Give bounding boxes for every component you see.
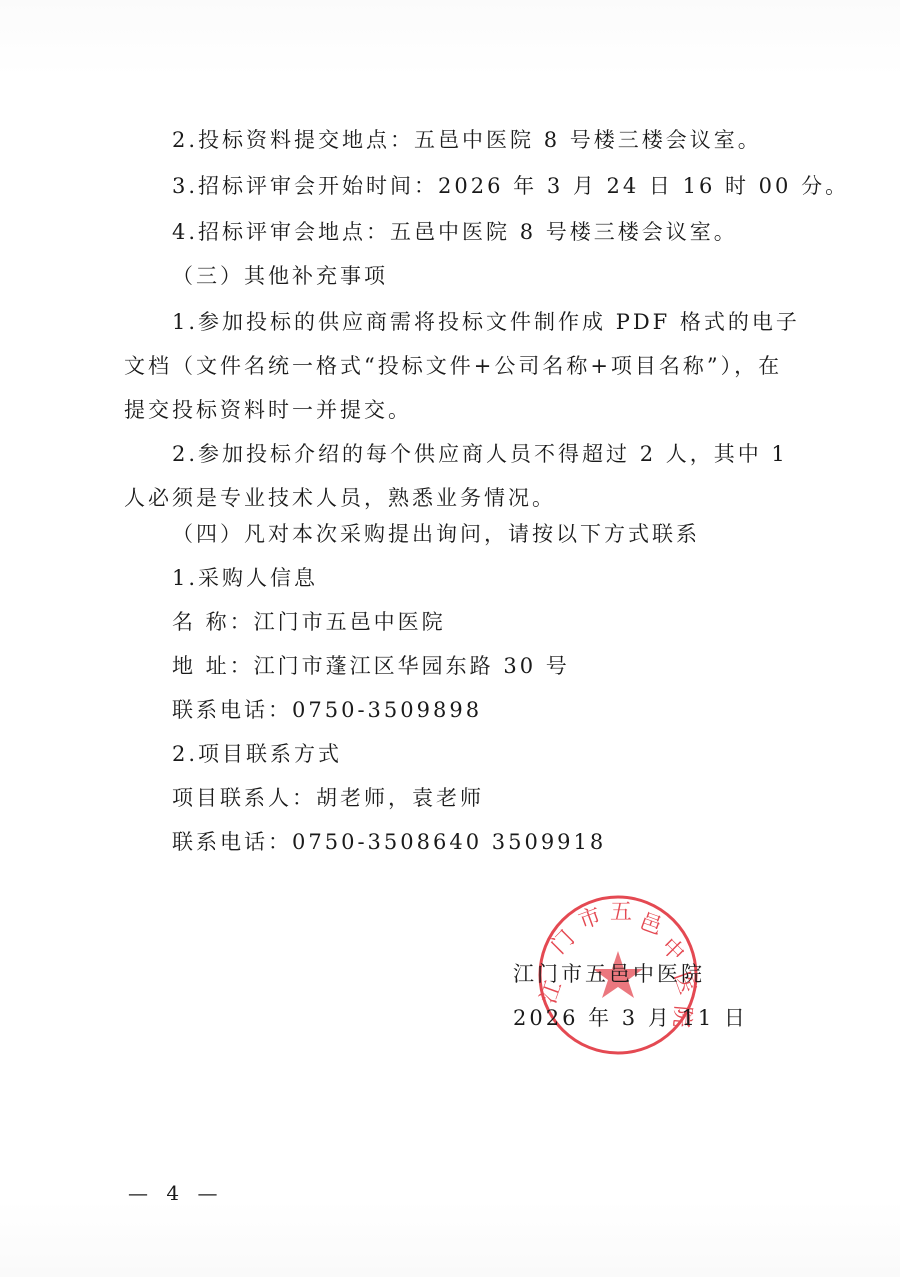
review-meeting-start-time: 3.招标评审会开始时间：2026 年 3 月 24 日 16 时 00 分。 bbox=[172, 172, 849, 200]
svg-text:五: 五 bbox=[610, 900, 632, 925]
project-contact-heading: 2.项目联系方式 bbox=[172, 740, 342, 768]
bid-submission-location: 2.投标资料提交地点：五邑中医院 8 号楼三楼会议室。 bbox=[172, 126, 762, 154]
purchaser-info-heading: 1.采购人信息 bbox=[172, 564, 318, 592]
svg-text:门: 门 bbox=[547, 926, 580, 959]
paragraph-pdf-requirement-line-3: 提交投标资料时一并提交。 bbox=[124, 396, 412, 424]
paragraph-pdf-requirement-line-1: 1.参加投标的供应商需将投标文件制作成 PDF 格式的电子 bbox=[172, 308, 800, 336]
page-number: — 4 — bbox=[128, 1180, 223, 1206]
purchaser-phone: 联系电话：0750-3509898 bbox=[172, 696, 482, 724]
document-page: 2.投标资料提交地点：五邑中医院 8 号楼三楼会议室。 3.招标评审会开始时间：… bbox=[0, 0, 900, 1277]
paragraph-personnel-limit-line-2: 人必须是专业技术人员，熟悉业务情况。 bbox=[124, 484, 556, 512]
review-meeting-location: 4.招标评审会地点：五邑中医院 8 号楼三楼会议室。 bbox=[172, 218, 738, 246]
purchaser-address: 地 址：江门市蓬江区华园东路 30 号 bbox=[172, 652, 570, 680]
signature-date: 2026 年 3 月 11 日 bbox=[513, 1004, 748, 1032]
project-contact-persons: 项目联系人：胡老师，袁老师 bbox=[172, 784, 484, 812]
signature-organization: 江门市五邑中医院 bbox=[513, 960, 705, 988]
section-heading-other-matters: （三）其他补充事项 bbox=[172, 262, 388, 290]
purchaser-name: 名 称：江门市五邑中医院 bbox=[172, 608, 446, 636]
section-heading-contact: （四）凡对本次采购提出询问，请按以下方式联系 bbox=[172, 520, 700, 548]
svg-text:邑: 邑 bbox=[636, 909, 665, 940]
paragraph-pdf-requirement-line-2: 文档（文件名统一格式“投标文件+公司名称+项目名称”），在 bbox=[124, 352, 782, 380]
project-contact-phone: 联系电话：0750-3508640 3509918 bbox=[172, 828, 606, 856]
paragraph-personnel-limit-line-1: 2.参加投标介绍的每个供应商人员不得超过 2 人，其中 1 bbox=[172, 440, 788, 468]
